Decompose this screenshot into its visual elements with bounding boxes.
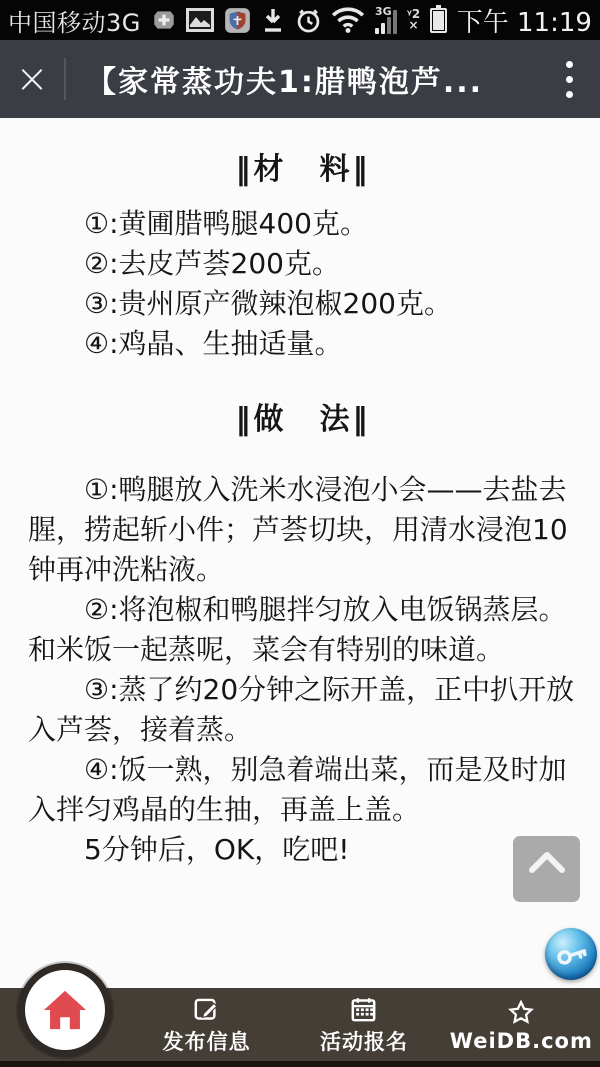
key-button[interactable] bbox=[545, 928, 597, 980]
method-step: ②:将泡椒和鸭腿拌匀放入电饭锅蒸层。和米饭一起蒸呢，菜会有特别的味道。 bbox=[28, 590, 578, 670]
signal-3g-label: 3G bbox=[375, 5, 392, 18]
weidb-label: WeiDB.com bbox=[450, 1029, 593, 1053]
title-bar: × 【家常蒸功夫1:腊鸭泡芦... bbox=[0, 40, 600, 118]
publish-info-label: 发布信息 bbox=[163, 1026, 251, 1056]
activity-signup-label: 活动报名 bbox=[320, 1026, 408, 1056]
closing-line: 5分钟后，OK，吃吧! bbox=[28, 830, 578, 870]
weidb-button[interactable]: WeiDB.com bbox=[443, 988, 600, 1061]
method-step: ①:鸭腿放入洗米水浸泡小会——去盐去腥，捞起斩小件；芦荟切块，用清水浸泡10钟再… bbox=[28, 470, 578, 590]
page-title: 【家常蒸功夫1:腊鸭泡芦... bbox=[66, 57, 542, 101]
home-button[interactable] bbox=[18, 963, 112, 1057]
method-step: ③:蒸了约20分钟之际开盖，正中扒开放入芦荟，接着蒸。 bbox=[28, 670, 578, 750]
activity-signup-button[interactable]: 活动报名 bbox=[285, 988, 442, 1061]
carrier-label: 中国移动3G bbox=[8, 3, 141, 38]
alarm-clock-icon bbox=[295, 5, 322, 35]
sim2-no-signal-icon: ᵞ2 × bbox=[407, 9, 421, 31]
method-step: ④:饭一熟，别急着端出菜，而是及时加入拌匀鸡晶的生抽，再盖上盖。 bbox=[28, 750, 578, 830]
chevron-up-icon bbox=[527, 848, 567, 874]
scroll-to-top-button[interactable] bbox=[513, 836, 580, 902]
ingredient-item: ③:贵州原产微辣泡椒200克。 bbox=[84, 284, 578, 324]
sim2-status: × bbox=[408, 20, 418, 31]
phone-screen: 中国移动3G 3G ᵞ2 × 下午 11:19 × bbox=[0, 0, 600, 1067]
home-icon bbox=[42, 988, 88, 1032]
article-body: ‖材 料‖ ①:黄圃腊鸭腿400克。 ②:去皮芦荟200克。 ③:贵州原产微辣泡… bbox=[0, 118, 600, 988]
edit-icon bbox=[193, 996, 220, 1023]
key-icon bbox=[547, 930, 595, 978]
signal-3g-icon: 3G bbox=[375, 6, 397, 34]
battery-icon bbox=[430, 8, 447, 33]
ingredient-item: ②:去皮芦荟200克。 bbox=[84, 244, 578, 284]
ingredient-item: ①:黄圃腊鸭腿400克。 bbox=[84, 204, 578, 244]
publish-info-button[interactable]: 发布信息 bbox=[128, 988, 285, 1061]
materials-heading: ‖材 料‖ bbox=[28, 150, 578, 190]
plus-badge-icon bbox=[151, 5, 177, 35]
star-icon bbox=[507, 999, 535, 1026]
close-button[interactable]: × bbox=[0, 59, 64, 99]
ingredient-item: ④:鸡晶、生抽适量。 bbox=[84, 324, 578, 364]
gallery-icon bbox=[186, 5, 214, 35]
method-heading: ‖做 法‖ bbox=[28, 400, 578, 440]
wifi-icon bbox=[331, 5, 365, 35]
method-steps: ①:鸭腿放入洗米水浸泡小会——去盐去腥，捞起斩小件；芦荟切块，用清水浸泡10钟再… bbox=[28, 470, 578, 870]
ingredients-list: ①:黄圃腊鸭腿400克。 ②:去皮芦荟200克。 ③:贵州原产微辣泡椒200克。… bbox=[84, 204, 578, 364]
clock-label: 下午 11:19 bbox=[457, 2, 592, 39]
calendar-icon bbox=[350, 996, 377, 1023]
status-bar: 中国移动3G 3G ᵞ2 × 下午 11:19 bbox=[0, 0, 600, 40]
shield-icon bbox=[224, 5, 251, 35]
more-menu-button[interactable] bbox=[542, 61, 600, 98]
download-icon bbox=[261, 5, 285, 35]
